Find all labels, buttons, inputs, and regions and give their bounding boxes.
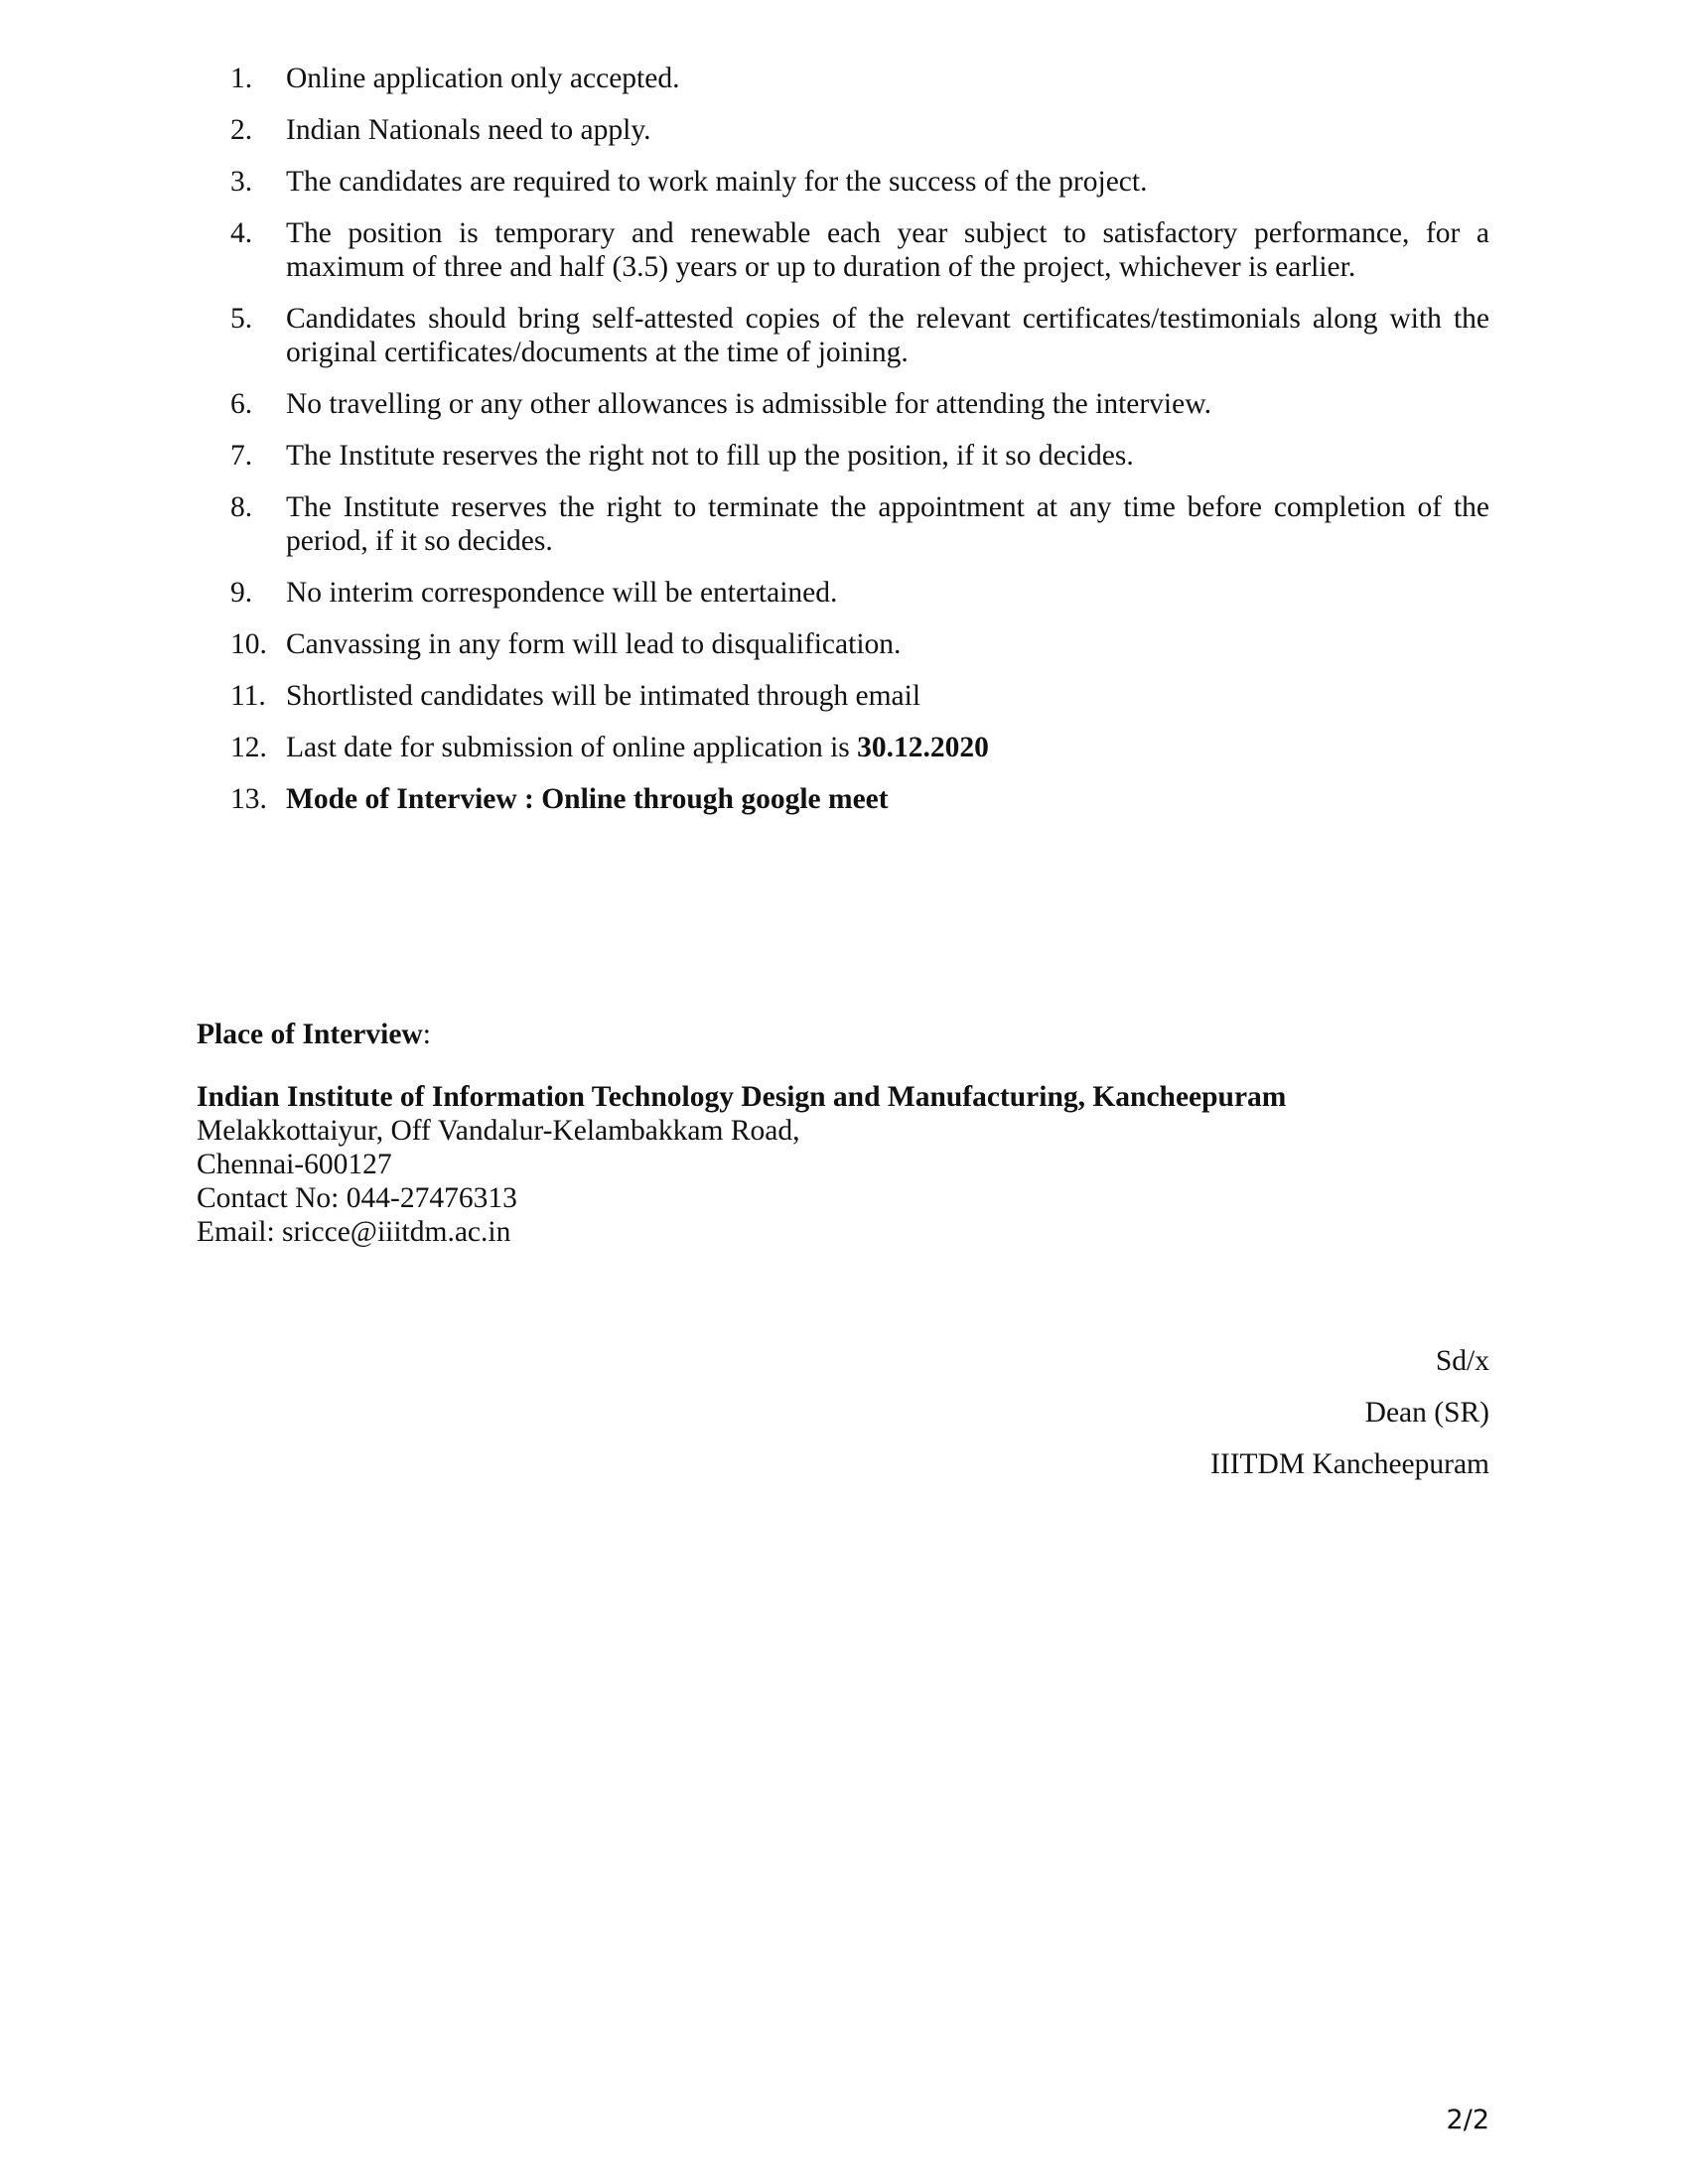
item-text: The Institute reserves the right not to … (286, 439, 1489, 473)
item-text: Last date for submission of online appli… (286, 731, 1489, 764)
contact-email: Email: sricce@iiitdm.ac.in (197, 1215, 1286, 1249)
condition-item: 8.The Institute reserves the right to te… (230, 490, 1489, 558)
condition-item: 5.Candidates should bring self-attested … (230, 302, 1489, 369)
condition-item-last-date: 12.Last date for submission of online ap… (230, 731, 1489, 764)
item-number: 6. (230, 387, 286, 421)
item-text: The Institute reserves the right to term… (286, 490, 1489, 558)
item-number: 9. (230, 576, 286, 610)
contact-number: Contact No: 044-27476313 (197, 1181, 1286, 1215)
condition-item: 7.The Institute reserves the right not t… (230, 439, 1489, 473)
condition-item: 1.Online application only accepted. (230, 62, 1489, 95)
item-number: 1. (230, 62, 286, 95)
condition-item: 2.Indian Nationals need to apply. (230, 113, 1489, 147)
item-number: 12. (230, 731, 286, 764)
item-number: 10. (230, 627, 286, 661)
item-text: No travelling or any other allowances is… (286, 387, 1489, 421)
item-text: Shortlisted candidates will be intimated… (286, 679, 1489, 713)
item-text: The position is temporary and renewable … (286, 216, 1489, 284)
signatory-org: IIITDM Kancheepuram (1210, 1438, 1489, 1490)
item-number: 13. (230, 782, 286, 816)
item-text: Canvassing in any form will lead to disq… (286, 627, 1489, 661)
institute-name: Indian Institute of Information Technolo… (197, 1080, 1286, 1114)
condition-item: 10.Canvassing in any form will lead to d… (230, 627, 1489, 661)
condition-item: 9.No interim correspondence will be ente… (230, 576, 1489, 610)
place-of-interview: Place of Interview: Indian Institute of … (197, 1018, 1286, 1249)
conditions-list: 1.Online application only accepted. 2.In… (230, 62, 1489, 834)
item-number: 5. (230, 302, 286, 369)
item-text: Online application only accepted. (286, 62, 1489, 95)
condition-item: 6.No travelling or any other allowances … (230, 387, 1489, 421)
last-date: 30.12.2020 (857, 732, 989, 763)
signatory-title: Dean (SR) (1210, 1387, 1489, 1438)
condition-item: 3.The candidates are required to work ma… (230, 165, 1489, 199)
item-number: 2. (230, 113, 286, 147)
item-number: 8. (230, 490, 286, 558)
document-page: 1.Online application only accepted. 2.In… (0, 0, 1688, 2184)
condition-item: 4.The position is temporary and renewabl… (230, 216, 1489, 284)
item-number: 7. (230, 439, 286, 473)
item-text: No interim correspondence will be entert… (286, 576, 1489, 610)
item-text: Mode of Interview : Online through googl… (286, 782, 1489, 816)
item-text: Indian Nationals need to apply. (286, 113, 1489, 147)
place-label: Place of Interview: (197, 1018, 1286, 1051)
item-text: The candidates are required to work main… (286, 165, 1489, 199)
item-text: Candidates should bring self-attested co… (286, 302, 1489, 369)
signature-block: Sd/x Dean (SR) IIITDM Kancheepuram (1210, 1335, 1489, 1490)
item-number: 11. (230, 679, 286, 713)
item-number: 3. (230, 165, 286, 199)
address-line-1: Melakkottaiyur, Off Vandalur-Kelambakkam… (197, 1114, 1286, 1148)
signature-mark: Sd/x (1210, 1335, 1489, 1387)
condition-item: 11.Shortlisted candidates will be intima… (230, 679, 1489, 713)
item-number: 4. (230, 216, 286, 284)
page-number: 2/2 (1447, 2105, 1489, 2135)
condition-item-interview-mode: 13.Mode of Interview : Online through go… (230, 782, 1489, 816)
address-line-2: Chennai-600127 (197, 1148, 1286, 1181)
